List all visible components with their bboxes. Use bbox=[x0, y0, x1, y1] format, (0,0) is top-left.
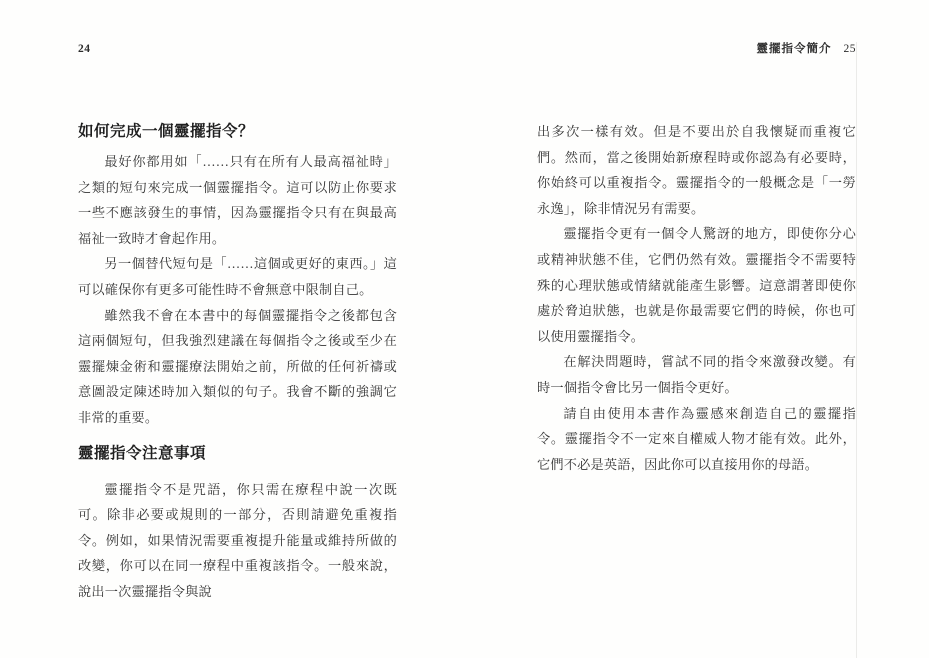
paragraph-highest-good-phrase: 最好你都用如「……只有在所有人最高福祉時」之類的短句來完成一個靈擺指令。這可以防… bbox=[78, 149, 397, 251]
page-edge-line bbox=[856, 42, 857, 658]
paragraph-create-your-own: 請自由使用本書作為靈感來創造自己的靈擺指令。靈擺指令不一定來自權威人物才能有效。… bbox=[537, 401, 856, 478]
paragraph-works-when-distracted: 靈擺指令更有一個令人驚訝的地方，即使你分心或精神狀態不佳，它們仍然有效。靈擺指令… bbox=[537, 221, 856, 349]
running-header: 靈擺指令簡介25 bbox=[537, 43, 856, 56]
paragraph-repeat-continuation: 出多次一樣有效。但是不要出於自我懷疑而重複它們。然而，當之後開始新療程時或你認為… bbox=[537, 119, 856, 221]
page-number-right: 25 bbox=[844, 43, 857, 55]
book-page-spread: 24 靈擺指令簡介25 如何完成一個靈擺指令？ 最好你都用如「……只有在所有人最… bbox=[0, 0, 929, 658]
paragraph-alternative-phrase: 另一個替代短句是「……這個或更好的東西。」這可以確保你有更多可能性時不會無意中限… bbox=[78, 251, 397, 302]
paragraph-not-a-spell: 靈擺指令不是咒語，你只需在療程中說一次既可。除非必要或規則的一部分，否則請避免重… bbox=[78, 477, 397, 605]
running-header-title: 靈擺指令簡介 bbox=[757, 43, 832, 55]
section-heading-how-to-finish-command: 如何完成一個靈擺指令？ bbox=[78, 121, 397, 143]
right-page-text-column: 出多次一樣有效。但是不要出於自我懷疑而重複它們。然而，當之後開始新療程時或你認為… bbox=[537, 119, 856, 477]
paragraph-strong-recommendation: 雖然我不會在本書中的每個靈擺指令之後都包含這兩個短句，但我強烈建議在每個指令之後… bbox=[78, 303, 397, 431]
paragraph-try-different-commands: 在解決問題時，嘗試不同的指令來激發改變。有時一個指令會比另一個指令更好。 bbox=[537, 349, 856, 400]
page-number-left: 24 bbox=[78, 43, 91, 56]
section-heading-command-notes: 靈擺指令注意事項 bbox=[78, 443, 397, 465]
left-page-text-column: 如何完成一個靈擺指令？ 最好你都用如「……只有在所有人最高福祉時」之類的短句來完… bbox=[78, 121, 397, 605]
